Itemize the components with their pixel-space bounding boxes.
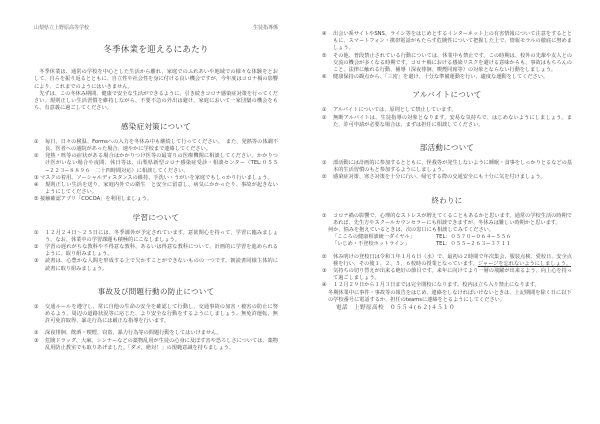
closing-list: ①コロナ禍の影響で、心理的なストレスが増えてくることもあるかと思います。通常の学… [322, 213, 572, 312]
list-item: ①コロナ禍の影響で、心理的なストレスが増えてくることもあるかと思います。通常の学… [322, 213, 572, 227]
intro-paragraph-2: 先ずは、この冬休み期間、健康で安全な生活ができるように、引き続きコロナ感染症対策… [34, 91, 278, 113]
underlined-reminder: ジャージを忘れないようにしましょう。 [478, 261, 571, 267]
club-list: ①部活動には計画的に参加するとともに、怪我等が発生しないように睡眠・食事をしっか… [322, 160, 572, 182]
list-item: ③読書は、心豊かな人間を形成する上で欠かすことができないものの一つです。朝読書同… [34, 258, 278, 272]
intro-paragraph-1: 冬季休業は、通常の学校を中心とした生活から離れ、家庭でのふれあいや地域での様々な… [34, 69, 278, 91]
list-item: ①交通ルールを遵守し、常に自他の生命の安全を確認して行動し、交通事故の加害・被害… [34, 304, 278, 326]
list-item: ④規則正しい生活を送り、家庭内外での衛生 と安全に留意し、病気にかかったり、事故… [34, 182, 278, 196]
list-item: ①１２月２４日〜２５日には、冬季課外が予定されています。意欲関心を持って、学習に… [34, 230, 278, 244]
infection-list: ①毎日、日々の検温、Formsへの入力を冬休み中も継続して行ってください。 また… [34, 139, 278, 204]
study-list: ①１２月２４日〜２５日には、冬季課外が予定されています。意欲関心を持って、学習に… [34, 230, 278, 273]
section-title-accident: 事故及び問題行動の防止について [34, 286, 278, 297]
document-header: 山梨県立上野原高等学校 生徒指導係 [34, 24, 278, 31]
list-item: ②休み明けの登校日は令和３年１月６日（水）で、最初の２時間で年次集会、服装点検、… [322, 254, 572, 268]
section-title-closing: 終わりに [322, 195, 572, 206]
list-item: ③危険ドラッグ、大麻、シンナーなどの薬物乱用が生徒の心身に及ぼす害や恐ろしさにつ… [34, 338, 278, 352]
accident-list: ①交通ルールを遵守し、常に自他の生命の安全を確認して行動し、交通事故の加害・被害… [34, 304, 278, 352]
list-item: ⑥健康保持の観点から、「三密」を避け、十分な準備運動を行い、適度な運動をしてくだ… [322, 74, 572, 81]
section-title-infection: 感染症対策について [34, 121, 278, 132]
list-item: ①部活動には計画的に参加するとともに、怪我等が発生しないように睡眠・食事をしっか… [322, 160, 572, 174]
list-item: ②感染症対策、寒さ対策を十分に行い、帰宅する際の交通安全にも十分に気を付けましょ… [322, 174, 572, 181]
school-name: 山梨県立上野原高等学校 [34, 24, 89, 31]
hotline-tel: TEL：０５５−２６３−３７１１ [436, 241, 511, 248]
school-phone: 電話 上野原高校 ０５５４(６２)４５１０ [322, 304, 572, 312]
list-item: ①アルバイトについては、原則として禁止しています。 [322, 107, 572, 114]
list-item: ④出会い系サイトやSNS、ライン等をはじめとするインターネット上の有害情報につい… [322, 31, 572, 53]
department-name: 生徒指導係 [253, 24, 278, 31]
hotline-row: 「いじめ・不登校ホットライン」TEL：０５５−２６３−３７１１ [322, 241, 572, 248]
hotline-tel: TEL：０５７０−０６４−５５６ [436, 234, 511, 241]
list-item: ②発熱・咳等の症状がある場合はかかりつけ医等の最寄りの医療機関に相談してください… [34, 153, 278, 175]
list-item: ②深夜徘徊、飲酒・喫煙、窃盗、暴力行為等の問題行動をしてはいけません。 [34, 330, 278, 337]
contact-instructions: 冬期休業中に事件・事故等の報告をはじめ、連絡をしなければいけないときは、上記期間… [322, 290, 572, 304]
hotline-name: 「いじめ・不登校ホットライン」 [332, 241, 436, 248]
list-item: ⑤その他、普段禁止されている行動については、休業中も禁止です。この時期は、校外の… [322, 53, 572, 75]
list-item: ③マスクの着用、ソーシャルディスタンスの維持、手洗い・うがいを家庭でもしっかり行… [34, 175, 278, 182]
list-item: ③気持ちの切り替えが出来る絶好の節目です。来年に向けてより一層の飛躍が出来るよう… [322, 268, 572, 282]
list-item: ①毎日、日々の検温、Formsへの入力を冬休み中も継続して行ってください。 また… [34, 139, 278, 153]
section-title-study: 学習について [34, 212, 278, 223]
page-right: ④出会い系サイトやSNS、ライン等をはじめとするインターネット上の有害情報につい… [300, 0, 600, 424]
list-item: ②学習の遅れがちな教科や不得意な教科、あるいは得意な教科について、計画的に学習を… [34, 244, 278, 258]
document-title: 冬季休業を迎えるにあたり [34, 43, 278, 55]
list-item: ④１２月２９日から１月３日までは完全閉校になります。校内は立ち入り禁止になります… [322, 282, 572, 289]
section-title-parttime: アルバイトについて [322, 89, 572, 100]
section-title-club: 部活動について [322, 142, 572, 153]
page-left: 山梨県立上野原高等学校 生徒指導係 冬季休業を迎えるにあたり 冬季休業は、通常の… [0, 0, 300, 424]
accident-list-continued: ④出会い系サイトやSNS、ライン等をはじめとするインターネット上の有害情報につい… [322, 31, 572, 81]
list-item: ⑤接触確認アプリ「COCOA」を利用しましょう。 [34, 196, 278, 203]
list-item: ②無断アルバイトは、生徒指導の対象となります。安易な気持ちで、はじめないようにし… [322, 115, 572, 129]
parttime-list: ①アルバイトについては、原則として禁止しています。 ②無断アルバイトは、生徒指導… [322, 107, 572, 129]
